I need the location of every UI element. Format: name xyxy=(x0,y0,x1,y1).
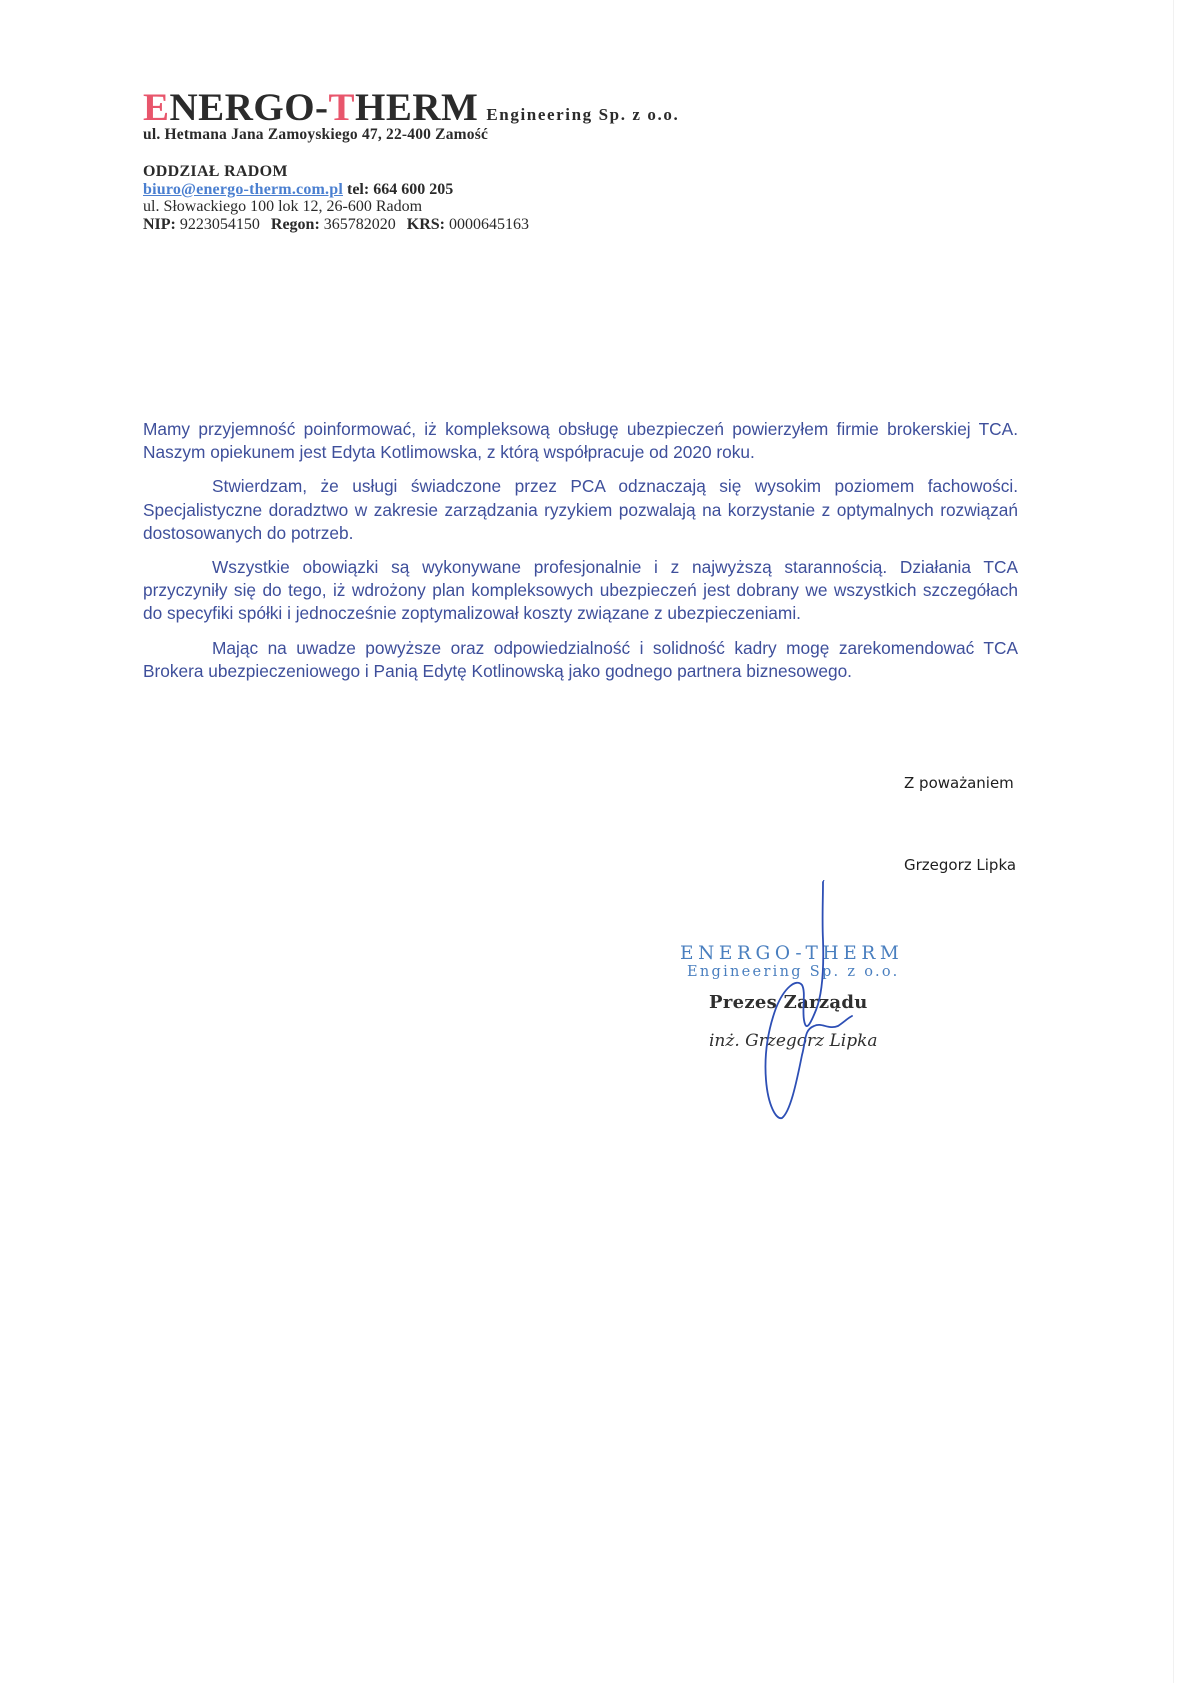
nip-value: 9223054150 xyxy=(180,216,260,233)
regon-value: 365782020 xyxy=(324,216,396,233)
paragraph-recommendation: Mając na uwadze powyższe oraz odpowiedzi… xyxy=(143,637,1018,683)
closing-greeting: Z poważaniem xyxy=(904,774,1014,792)
nip-label: NIP: xyxy=(143,216,176,233)
branch-block: ODDZIAŁ RADOM biuro@energo-therm.com.pl … xyxy=(143,163,679,233)
paragraph-quality: Stwierdzam, że usługi świadczone przez P… xyxy=(143,475,1018,545)
tel-value: 664 600 205 xyxy=(373,181,453,198)
email-link[interactable]: biuro@energo-therm.com.pl xyxy=(143,181,343,198)
letterhead: ENERGO-THERM Engineering Sp. z o.o. ul. … xyxy=(143,88,679,233)
stamp-suffix: Engineering Sp. z o.o. xyxy=(687,964,920,980)
tel-label: tel: xyxy=(347,181,369,198)
company-stamp: ENERGO-THERM Engineering Sp. z o.o. Prez… xyxy=(680,944,920,1052)
page-edge xyxy=(1173,0,1174,1683)
signer-name: Grzegorz Lipka xyxy=(904,856,1016,874)
stamp-person: inż. Grzegorz Lipka xyxy=(709,1030,920,1052)
regon-label: Regon: xyxy=(271,216,320,233)
letter-body: Mamy przyjemność poinformować, iż komple… xyxy=(143,418,1018,694)
company-ids: NIP: 9223054150 Regon: 365782020 KRS: 00… xyxy=(143,216,679,234)
krs-value: 0000645163 xyxy=(449,216,529,233)
branch-contact: biuro@energo-therm.com.pl tel: 664 600 2… xyxy=(143,181,679,199)
brand-accent-e: E xyxy=(143,86,170,129)
stamp-role: Prezes Zarządu xyxy=(709,992,920,1014)
brand-text-nergo: NERGO- xyxy=(170,86,329,129)
hq-address: ul. Hetmana Jana Zamoyskiego 47, 22-400 … xyxy=(143,126,679,144)
paragraph-duties: Wszystkie obowiązki są wykonywane profes… xyxy=(143,556,1018,626)
paragraph-intro: Mamy przyjemność poinformować, iż komple… xyxy=(143,418,1018,464)
company-brand: ENERGO-THERM Engineering Sp. z o.o. xyxy=(143,88,679,128)
brand-accent-t: T xyxy=(329,86,356,129)
stamp-brand: ENERGO-THERM xyxy=(680,944,920,964)
brand-text-herm: HERM xyxy=(355,86,478,129)
krs-label: KRS: xyxy=(407,216,445,233)
company-name: ENERGO-THERM xyxy=(143,86,478,129)
company-suffix: Engineering Sp. z o.o. xyxy=(486,105,679,124)
branch-address: ul. Słowackiego 100 lok 12, 26-600 Radom xyxy=(143,198,679,216)
branch-title: ODDZIAŁ RADOM xyxy=(143,163,679,181)
